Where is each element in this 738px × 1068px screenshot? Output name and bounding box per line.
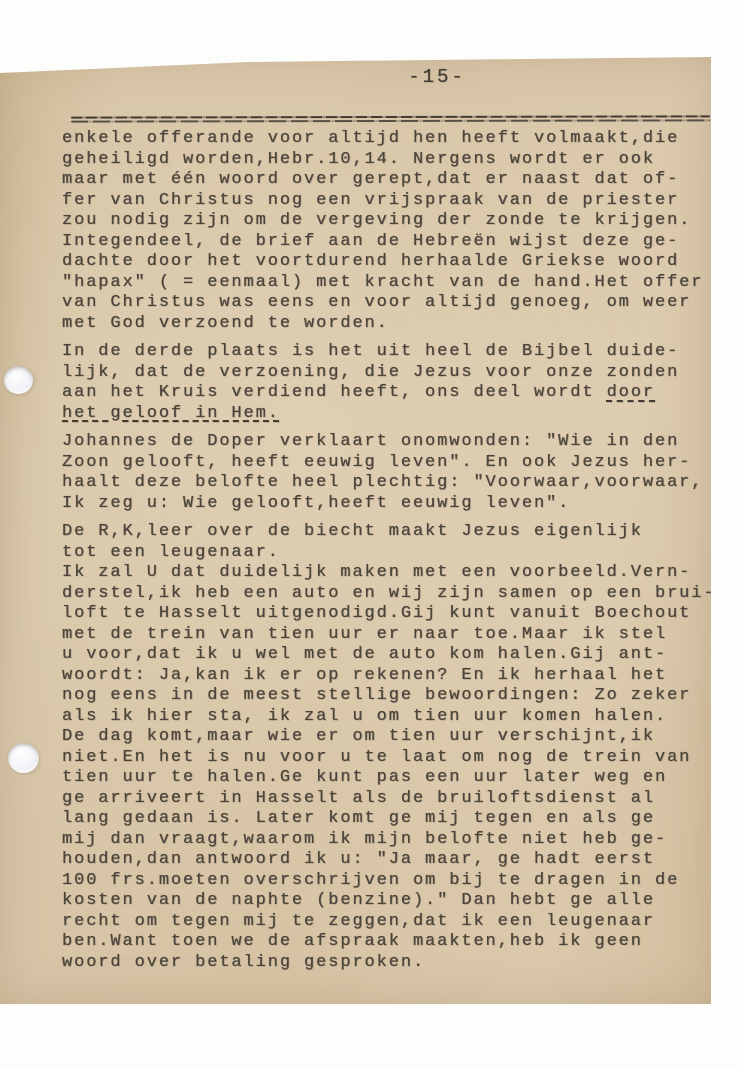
text-segment: haalt deze belofte heel plechtig: "Voorw… bbox=[62, 473, 703, 492]
text-segment: tien uur te halen.Ge kunt pas een uur la… bbox=[62, 768, 667, 787]
text-segment: maar met één woord over gerept,dat er na… bbox=[62, 170, 679, 189]
text-line: kosten van de naphte (benzine)." Dan heb… bbox=[62, 891, 722, 912]
text-segment: dachte door het voortdurend herhaalde Gr… bbox=[62, 252, 679, 271]
text-segment: "hapax" ( = eenmaal) met kracht van de h… bbox=[62, 273, 703, 292]
scan-background: -15- enkele offerande voor altijd hen he… bbox=[0, 0, 738, 1068]
text-segment: het geloof in Hem. bbox=[62, 404, 280, 423]
text-line: "hapax" ( = eenmaal) met kracht van de h… bbox=[62, 273, 722, 294]
text-line: Ik zal U dat duidelijk maken met een voo… bbox=[62, 563, 722, 584]
text-line: Johannes de Doper verklaart onomwonden: … bbox=[62, 432, 722, 453]
text-segment: ben.Want toen we de afspraak maakten,heb… bbox=[62, 932, 643, 951]
punch-hole-bottom bbox=[8, 743, 39, 773]
text-line: van Christus was eens en voor altijd gen… bbox=[62, 293, 722, 314]
text-line: derstel,ik heb een auto en wij zijn same… bbox=[62, 584, 722, 605]
page-number: -15- bbox=[408, 66, 466, 88]
text-line: als ik hier sta, ik zal u om tien uur ko… bbox=[62, 707, 722, 728]
text-segment: aan het Kruis verdiend heeft, ons deel w… bbox=[62, 383, 607, 402]
text-line: Zoon gelooft, heeft eeuwig leven". En oo… bbox=[62, 453, 722, 474]
text-line: De R,K,leer over de biecht maakt Jezus e… bbox=[62, 522, 722, 543]
text-line: u voor,dat ik u wel met de auto kom hale… bbox=[62, 645, 722, 666]
text-segment: nog eens in de meest stellige bewoording… bbox=[62, 686, 691, 705]
text-line: recht om tegen mij te zeggen,dat ik een … bbox=[62, 912, 722, 933]
text-segment: recht om tegen mij te zeggen,dat ik een … bbox=[62, 912, 655, 931]
text-line: Ik zeg u: Wie gelooft,heeft eeuwig leven… bbox=[62, 494, 722, 515]
text-segment: derstel,ik heb een auto en wij zijn same… bbox=[62, 584, 716, 603]
text-line: Integendeel, de brief aan de Hebreën wij… bbox=[62, 232, 722, 253]
text-line: geheiligd worden,Hebr.10,14. Nergens wor… bbox=[62, 150, 722, 171]
text-segment: Integendeel, de brief aan de Hebreën wij… bbox=[62, 232, 679, 251]
paragraph: Johannes de Doper verklaart onomwonden: … bbox=[62, 432, 722, 514]
text-line: loft te Hasselt uitgenodigd.Gij kunt van… bbox=[62, 604, 722, 625]
text-segment: De R,K,leer over de biecht maakt Jezus e… bbox=[62, 522, 643, 541]
text-line: haalt deze belofte heel plechtig: "Voorw… bbox=[62, 473, 722, 494]
text-line: lang gedaan is. Later komt ge mij tegen … bbox=[62, 809, 722, 830]
text-segment: fer van Christus nog een vrijspraak van … bbox=[62, 191, 679, 210]
text-segment: Johannes de Doper verklaart onomwonden: … bbox=[62, 432, 679, 451]
punch-hole-top bbox=[4, 366, 33, 394]
text-segment: u voor,dat ik u wel met de auto kom hale… bbox=[62, 645, 667, 664]
text-line: tot een leugenaar. bbox=[62, 543, 722, 564]
text-line: zou nodig zijn om de vergeving der zonde… bbox=[62, 211, 722, 232]
text-line: tien uur te halen.Ge kunt pas een uur la… bbox=[62, 768, 722, 789]
text-segment: met God verzoend te worden. bbox=[62, 314, 389, 333]
text-line: mij dan vraagt,waarom ik mijn belofte ni… bbox=[62, 830, 722, 851]
text-segment: Ik zal U dat duidelijk maken met een voo… bbox=[62, 563, 691, 582]
text-segment: loft te Hasselt uitgenodigd.Gij kunt van… bbox=[62, 604, 691, 623]
text-line: nog eens in de meest stellige bewoording… bbox=[62, 686, 722, 707]
text-line: 100 frs.moeten overschrijven om bij te d… bbox=[62, 871, 722, 892]
text-segment: mij dan vraagt,waarom ik mijn belofte ni… bbox=[62, 830, 667, 849]
text-segment: geheiligd worden,Hebr.10,14. Nergens wor… bbox=[62, 150, 655, 169]
text-segment: lang gedaan is. Later komt ge mij tegen … bbox=[62, 809, 655, 828]
text-line: niet.En het is nu voor u te laat om nog … bbox=[62, 748, 722, 769]
text-line: houden,dan antwoord ik u: "Ja maar, ge h… bbox=[62, 850, 722, 871]
text-segment: woord over betaling gesproken. bbox=[62, 953, 425, 972]
text-segment: zou nodig zijn om de vergeving der zonde… bbox=[62, 211, 691, 230]
paragraph: enkele offerande voor altijd hen heeft v… bbox=[62, 129, 722, 334]
text-line: ben.Want toen we de afspraak maakten,heb… bbox=[62, 932, 722, 953]
text-line: dachte door het voortdurend herhaalde Gr… bbox=[62, 252, 722, 273]
text-line: woordt: Ja,kan ik er op rekenen? En ik h… bbox=[62, 666, 722, 687]
text-segment: Zoon gelooft, heeft eeuwig leven". En oo… bbox=[62, 453, 691, 472]
text-line: woord over betaling gesproken. bbox=[62, 953, 722, 974]
paragraph: De R,K,leer over de biecht maakt Jezus e… bbox=[62, 522, 722, 973]
text-line: met de trein van tien uur er naar toe.Ma… bbox=[62, 625, 722, 646]
text-line: het geloof in Hem. bbox=[62, 404, 722, 425]
text-line: De dag komt,maar wie er om tien uur vers… bbox=[62, 727, 722, 748]
document-body: enkele offerande voor altijd hen heeft v… bbox=[62, 129, 722, 981]
text-line: maar met één woord over gerept,dat er na… bbox=[62, 170, 722, 191]
text-line: fer van Christus nog een vrijspraak van … bbox=[62, 191, 722, 212]
text-segment: lijk, dat de verzoening, die Jezus voor … bbox=[62, 363, 679, 382]
text-segment: kosten van de naphte (benzine)." Dan heb… bbox=[62, 891, 655, 910]
text-segment: enkele offerande voor altijd hen heeft v… bbox=[62, 129, 679, 148]
text-segment: tot een leugenaar. bbox=[62, 543, 280, 562]
text-line: met God verzoend te worden. bbox=[62, 314, 722, 335]
text-line: lijk, dat de verzoening, die Jezus voor … bbox=[62, 363, 722, 384]
text-line: enkele offerande voor altijd hen heeft v… bbox=[62, 129, 722, 150]
text-line: aan het Kruis verdiend heeft, ons deel w… bbox=[62, 383, 722, 404]
text-segment: niet.En het is nu voor u te laat om nog … bbox=[62, 748, 691, 767]
text-segment: met de trein van tien uur er naar toe.Ma… bbox=[62, 625, 667, 644]
text-line: In de derde plaats is het uit heel de Bi… bbox=[62, 342, 722, 363]
text-segment: van Christus was eens en voor altijd gen… bbox=[62, 293, 691, 312]
text-segment: Ik zeg u: Wie gelooft,heeft eeuwig leven… bbox=[62, 494, 570, 513]
paragraph: In de derde plaats is het uit heel de Bi… bbox=[62, 342, 722, 424]
text-line: ge arriveert in Hasselt als de bruilofts… bbox=[62, 789, 722, 810]
text-segment: als ik hier sta, ik zal u om tien uur ko… bbox=[62, 707, 667, 726]
text-segment: houden,dan antwoord ik u: "Ja maar, ge h… bbox=[62, 850, 655, 869]
header-rule bbox=[71, 115, 710, 123]
text-segment: 100 frs.moeten overschrijven om bij te d… bbox=[62, 871, 679, 890]
text-segment: woordt: Ja,kan ik er op rekenen? En ik h… bbox=[62, 666, 667, 685]
text-segment: In de derde plaats is het uit heel de Bi… bbox=[62, 342, 679, 361]
text-segment: ge arriveert in Hasselt als de bruilofts… bbox=[62, 789, 655, 808]
document-page: -15- enkele offerande voor altijd hen he… bbox=[0, 57, 711, 1004]
text-segment: De dag komt,maar wie er om tien uur vers… bbox=[62, 727, 655, 746]
text-segment: door bbox=[607, 383, 655, 402]
